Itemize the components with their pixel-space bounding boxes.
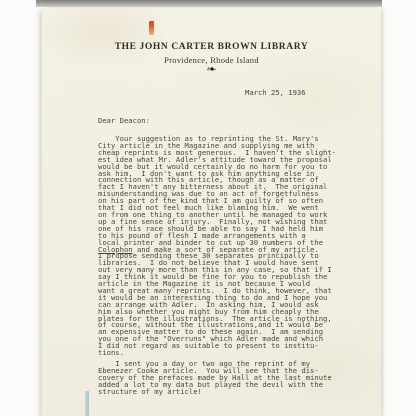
letter-paragraph-2: I sent you a day or two ago the reprint … <box>98 361 332 396</box>
letterhead-institution: THE JOHN CARTER BROWN LIBRARY <box>42 42 381 52</box>
paragraph-1-part-b: and make a sort of separate of my articl… <box>98 245 332 358</box>
letter-paragraph-1: Your suggestion as to reprinting the St.… <box>98 136 336 357</box>
letter-paper: THE JOHN CARTER BROWN LIBRARY Providence… <box>42 8 381 416</box>
scan-background: THE JOHN CARTER BROWN LIBRARY Providence… <box>0 0 416 416</box>
date-line: March 25, 1936 <box>245 90 306 97</box>
salutation-line: Dear Deacon: <box>98 118 150 125</box>
paragraph-1-part-a: Your suggestion as to reprinting the St.… <box>98 134 336 247</box>
blue-sheet-sliver <box>85 391 89 416</box>
desk-edge-strip <box>36 0 382 7</box>
red-tab-mark <box>149 21 154 35</box>
ornament-icon: ❧ <box>0 64 416 75</box>
